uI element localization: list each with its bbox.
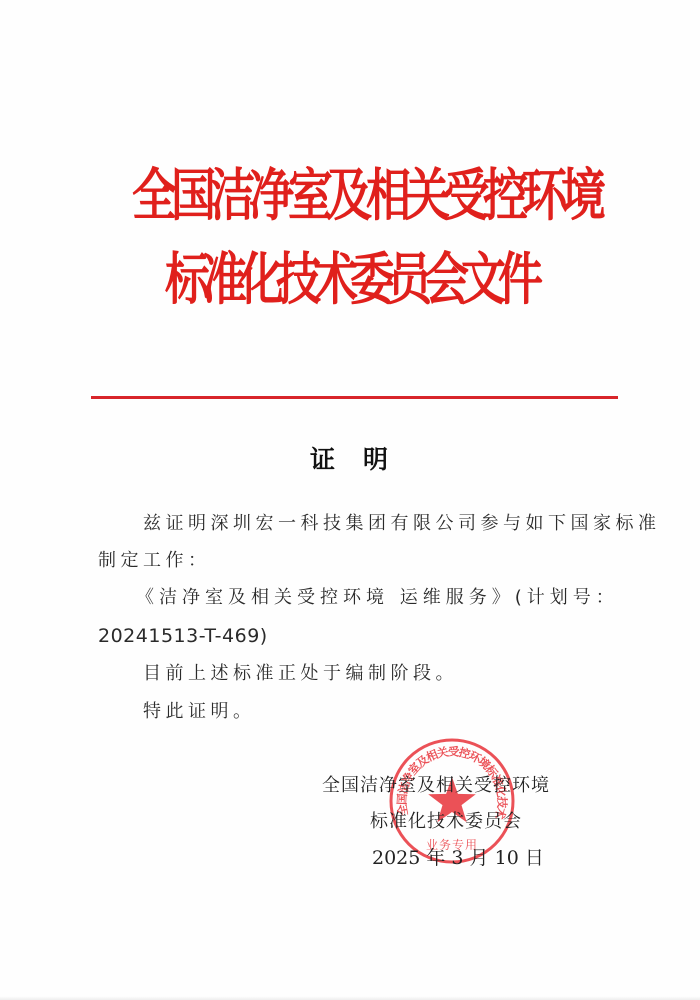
body-paragraph-1-line-1: 兹证明深圳宏一科技集团有限公司参与如下国家标准 (143, 512, 661, 536)
title-char-2: 明 (363, 445, 390, 474)
document-header-line-1: 全国洁净室及相关受控环境 (0, 152, 700, 240)
body-paragraph-3: 特此证明。 (143, 700, 256, 724)
signature-org-line-1: 全国洁净室及相关受控环境 (322, 774, 550, 798)
body-paragraph-2: 目前上述标准正处于编制阶段。 (143, 662, 458, 686)
title-char-1: 证 (310, 445, 337, 474)
page-bottom-edge (0, 996, 700, 1000)
signature-date: 2025 年 3 月 10 日 (372, 846, 544, 870)
standard-name-line-1: 《洁净室及相关受控环境 运维服务》(计划号： (136, 586, 619, 610)
document-title: 证明 (0, 440, 700, 476)
document-page: 全国洁净室及相关受控环境 标准化技术委员会文件 证明 兹证明深圳宏一科技集团有限… (0, 0, 700, 1000)
document-header-line-2: 标准化技术委员会文件 (0, 236, 700, 324)
signature-org-line-2: 标准化技术委员会 (370, 810, 522, 834)
standard-plan-number: 20241513-T-469) (98, 624, 268, 648)
red-divider-line (91, 396, 618, 399)
body-paragraph-1-line-2: 制定工作： (98, 549, 211, 573)
